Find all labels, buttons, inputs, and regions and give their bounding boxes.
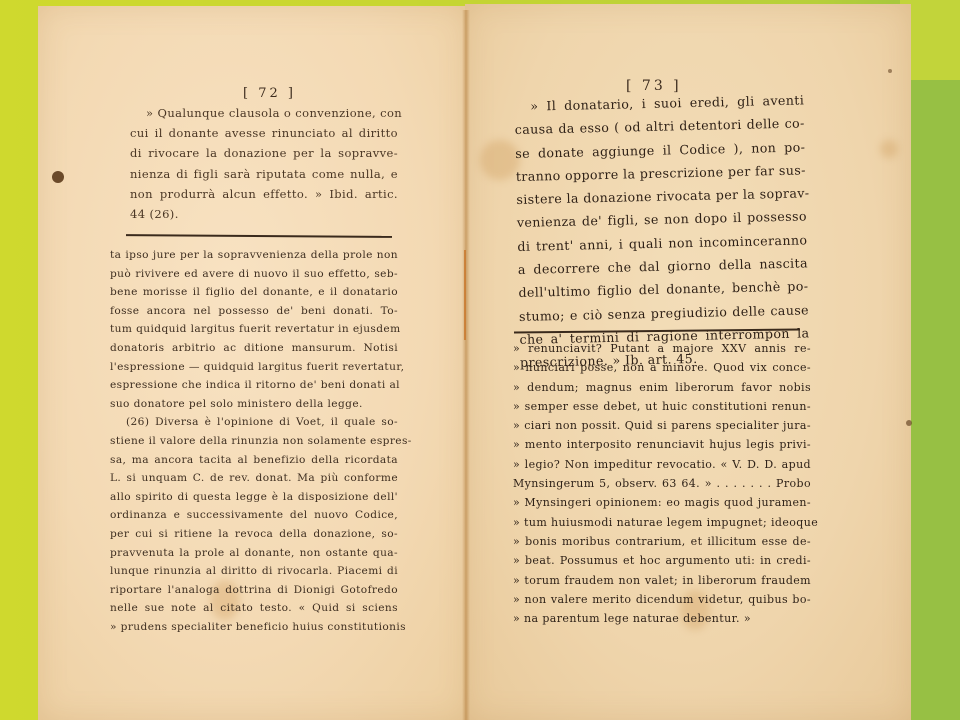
text-line: » beat. Possumus et hoc argumento uti: i… [513, 551, 811, 570]
text-line: cui il donante avesse rinunciato al diri… [130, 123, 398, 143]
ink-spot [906, 420, 912, 426]
right-footnote-text: » renunciavit? Putant a majore XXV annis… [513, 339, 811, 628]
text-line: pravvenuta la prole al donante, non osta… [110, 544, 398, 563]
text-line: per cui si ritiene la revoca della donaz… [110, 525, 398, 544]
text-line: » renunciavit? Putant a majore XXV annis… [513, 339, 811, 358]
text-line: » Qualunque clausola o convenzione, con [130, 103, 398, 123]
text-line: ta ipso jure per la sopravvenienza della… [110, 246, 398, 265]
gutter-stain [464, 250, 466, 340]
paper-stain [880, 140, 898, 158]
text-line: tum quidquid largitus fuerit revertatur … [110, 320, 398, 339]
ink-spot [888, 69, 892, 73]
text-line: suo donatore pel solo ministero della le… [110, 395, 398, 414]
left-main-text: » Qualunque clausola o convenzione, con … [130, 103, 398, 224]
text-line: sa, ma ancora tacita al benefizio della … [110, 451, 398, 470]
ink-spot [52, 171, 64, 183]
text-line: riportare l'analoga dottrina di Dionigi … [110, 581, 398, 600]
text-line: stiene il valore della rinunzia non sola… [110, 432, 398, 451]
text-line: » na parentum lege naturae debentur. » [513, 609, 811, 628]
text-line: » tum huiusmodi naturae legem impugnet; … [513, 513, 811, 532]
text-line: » nunciari posse, non a minore. Quod vix… [513, 358, 811, 377]
text-line: non produrrà alcun effetto. » Ibid. arti… [130, 184, 398, 204]
text-line: può rivivere ed avere di nuovo il suo ef… [110, 265, 398, 284]
text-line: donatoris arbitrio ac ditione mansurum. … [110, 339, 398, 358]
text-line: » torum fraudem non valet; in liberorum … [513, 571, 811, 590]
book-gutter [462, 10, 470, 720]
page-number-left: [ 72 ] [243, 86, 296, 101]
text-line: nelle sue note al citato testo. « Quid s… [110, 599, 398, 618]
text-line: fosse ancora nel possesso de' beni donat… [110, 302, 398, 321]
text-line: » Mynsingeri opinionem: eo magis quod ju… [513, 493, 811, 512]
text-line: » legio? Non impeditur revocatio. « V. D… [513, 455, 811, 474]
text-line: » prudens specialiter beneficio huius co… [110, 618, 398, 637]
text-line: allo spirito di questa legge è la dispos… [110, 488, 398, 507]
text-line: lunque rinunzia al diritto di rivocarla.… [110, 562, 398, 581]
text-line: Mynsingerum 5, observ. 63 64. » . . . . … [513, 474, 811, 493]
text-line: di rivocare la donazione per la sopravve… [130, 143, 398, 163]
text-line: bene morisse il figlio del donante, e il… [110, 283, 398, 302]
text-line: » semper esse debet, ut huic constitutio… [513, 397, 811, 416]
paper-stain [480, 140, 520, 180]
text-line: l'espressione — quidquid largitus fuerit… [110, 358, 398, 377]
left-footnote-text: ta ipso jure per la sopravvenienza della… [110, 246, 398, 636]
text-line: » mento interposito renunciavit hujus le… [513, 435, 811, 454]
text-line: ordinanza e successivamente del nuovo Co… [110, 506, 398, 525]
text-line: nienza di figli sarà riputata come nulla… [130, 164, 398, 184]
text-line: » non valere merito dicendum videtur, qu… [513, 590, 811, 609]
text-line: 44 (26). [130, 204, 398, 224]
text-line: espressione che indica il ritorno de' be… [110, 376, 398, 395]
text-line: (26) Diversa è l'opinione di Voet, il qu… [110, 413, 398, 432]
text-line: L. si unquam C. de rev. donat. Ma più co… [110, 469, 398, 488]
text-line: » dendum; magnus enim liberorum favor no… [513, 378, 811, 397]
text-line: » bonis moribus contrarium, et illicitum… [513, 532, 811, 551]
text-line: » ciari non possit. Quid si parens speci… [513, 416, 811, 435]
